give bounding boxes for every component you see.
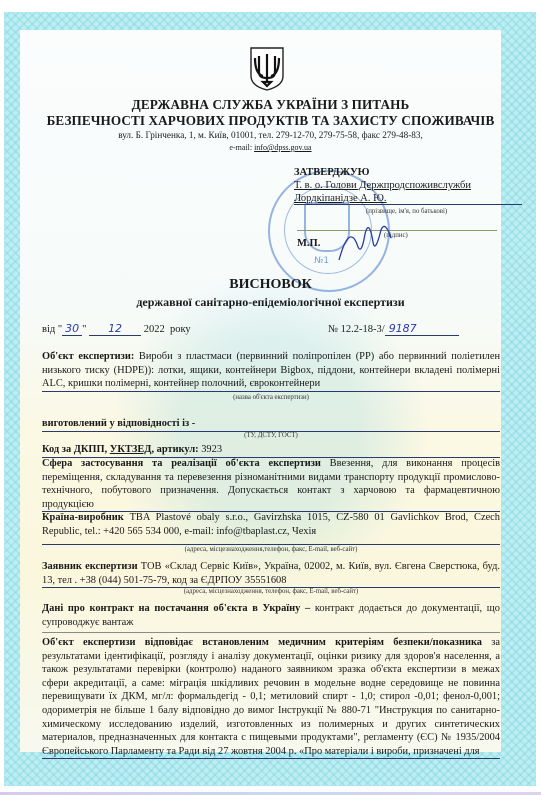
document-number-value: 9187 [385, 322, 459, 336]
date-day: 30 [62, 322, 82, 336]
applicant-caption: (адреса, місцезнаходження, телефон, факс… [42, 588, 500, 595]
approver-name: Лордкіпанідзе А. Ю. [294, 193, 522, 205]
approver-position: Т. в. о. Голови Держпродспоживслужби [294, 180, 471, 191]
document-title: ВИСНОВОК [0, 277, 541, 293]
date-year: 2022 [144, 324, 165, 335]
standard-caption: (ТУ, ДСТУ, ГОСТ) [42, 432, 500, 439]
section-contract: Дані про контракт на постачання об'єкта … [42, 602, 500, 629]
section-manufacturer: Країна-виробник TBA Plastové obaly s.r.o… [42, 511, 500, 538]
section-scope: Сфера застосування та реалізації об'єкта… [42, 457, 500, 512]
org-name-line1: ДЕРЖАВНА СЛУЖБА УКРАЇНИ З ПИТАНЬ [0, 97, 541, 113]
date-month: 12 [89, 322, 141, 336]
signature-line [297, 230, 497, 231]
section-conformity: Об'єкт експертизи відповідає встановлени… [42, 636, 500, 759]
org-address: вул. Б. Грінченка, 1, м. Київ, 01001, те… [0, 130, 541, 140]
trident-coat-of-arms-icon [249, 46, 285, 92]
stamp-number: №1 [314, 256, 329, 266]
org-name-line2: БЕЗПЕЧНОСТІ ХАРЧОВИХ ПРОДУКТІВ ТА ЗАХИСТ… [0, 113, 541, 129]
org-email-link[interactable]: info@dpss.gov.ua [254, 143, 312, 152]
issue-date: від "30" 12 2022 року [42, 322, 191, 336]
document-number: № 12.2-18-3/9187 [328, 322, 459, 336]
email-label: e-mail: [229, 143, 254, 152]
object-caption: (назва об'єкта експертизи) [42, 394, 500, 401]
section-applicant: Заявник експертизи ТОВ «Склад Сервіс Киї… [42, 560, 500, 587]
approval-title: ЗАТВЕРДЖУЮ [294, 167, 370, 178]
page-edge [0, 792, 541, 795]
seal-label: М.П. [297, 238, 320, 249]
manufacturer-caption: (адреса, місцезнаходження,телефон, факс,… [42, 546, 500, 553]
section-standard: виготовлений у відповідності із - [42, 417, 500, 432]
org-email-line: e-mail: info@dpss.gov.ua [0, 143, 541, 152]
section-code: Код за ДКПП, УКТЗЕД, артикул: 3923 [42, 443, 500, 458]
document-subtitle: державної санітарно-епідеміологічної екс… [0, 295, 541, 310]
signature-scribble [335, 214, 395, 264]
section-object: Об'єкт експертизи: Вироби з пластмаси (п… [42, 350, 500, 391]
